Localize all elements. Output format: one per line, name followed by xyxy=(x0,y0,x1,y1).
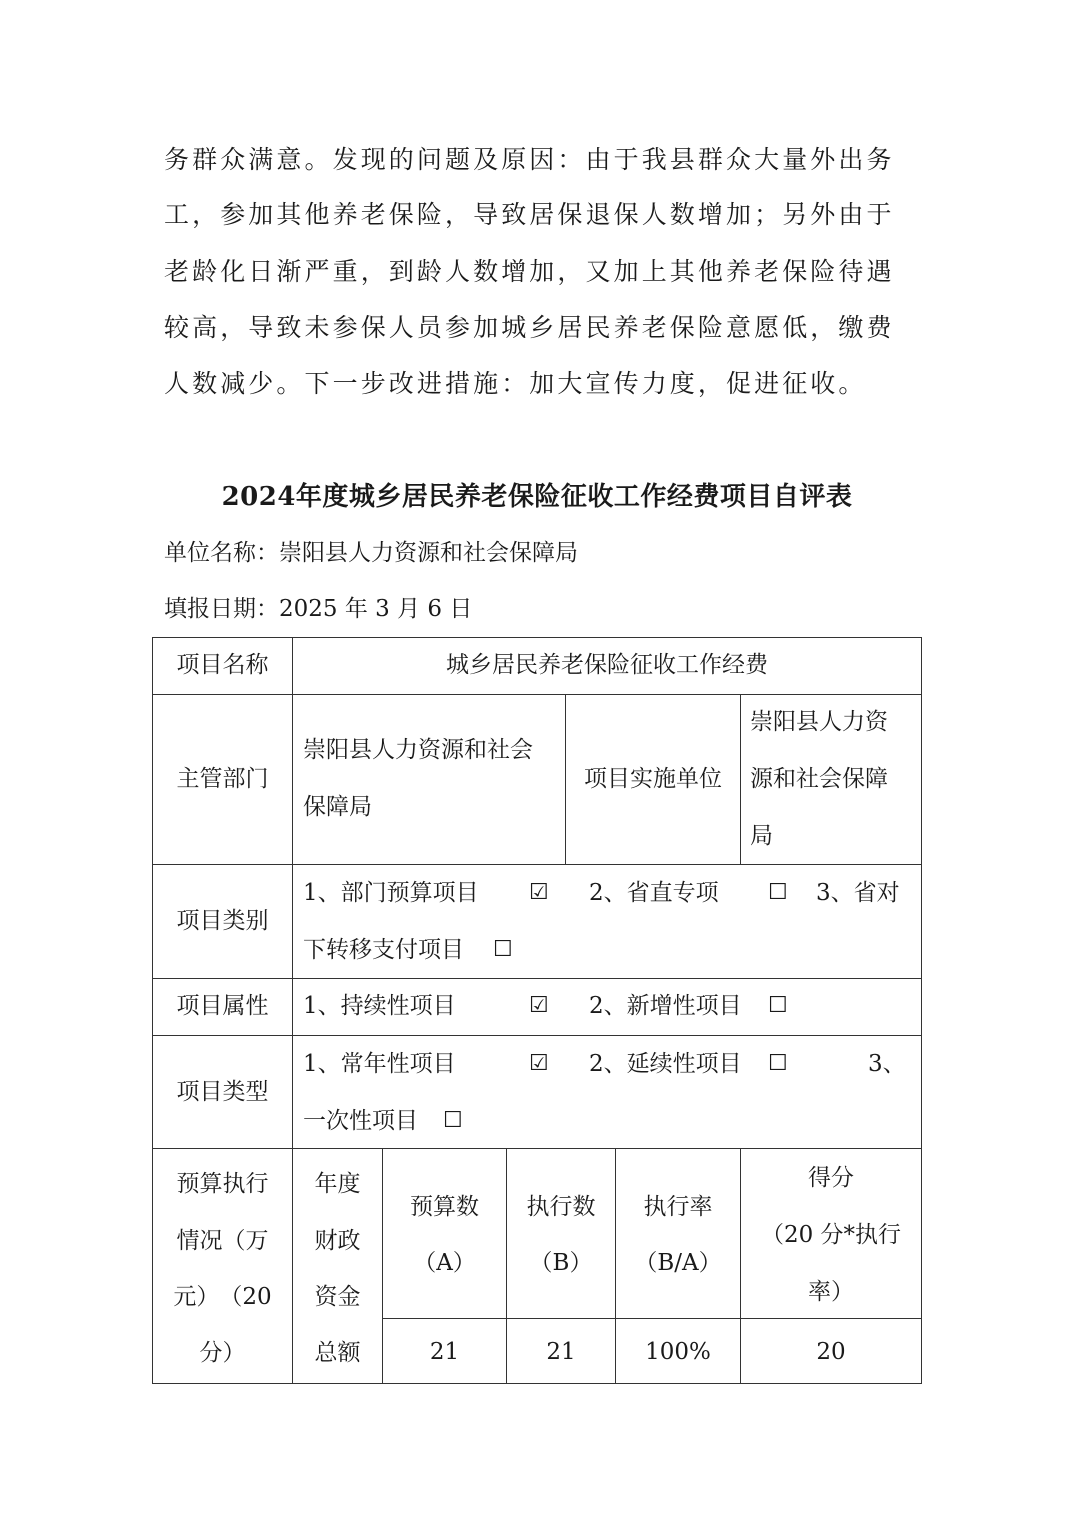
checkbox-unchecked-icon[interactable]: ☐ xyxy=(443,1106,463,1136)
header-budget-amount: 预算数 （A） xyxy=(382,1148,507,1319)
paragraph-line: 工，参加其他养老保险，导致居保退保人数增加；另外由于 xyxy=(164,200,895,230)
checkbox-unchecked-icon[interactable]: ☐ xyxy=(768,991,788,1021)
checkbox-unchecked-icon[interactable]: ☐ xyxy=(493,935,513,965)
checkbox-checked-icon[interactable]: ☑ xyxy=(529,1049,549,1079)
form-title: 2024年度城乡居民养老保险征收工作经费项目自评表 xyxy=(0,480,1074,514)
cell-project-name-value: 城乡居民养老保险征收工作经费 xyxy=(292,637,922,695)
paragraph-line: 老龄化日渐严重，到龄人数增加，又加上其他养老保险待遇 xyxy=(164,257,895,287)
unit-name: 单位名称：崇阳县人力资源和社会保障局 xyxy=(164,538,578,568)
value-execution-rate: 100% xyxy=(615,1318,741,1384)
header-score: 得分 （20 分*执行 率） xyxy=(740,1148,922,1319)
header-executed-amount: 执行数 （B） xyxy=(506,1148,616,1319)
paragraph-line: 人数减少。下一步改进措施：加大宣传力度，促进征收。 xyxy=(164,369,867,399)
header-execution-rate: 执行率 （B/A） xyxy=(615,1148,741,1319)
cell-type-options: 1、常年性项目 ☑ 2、延续性项目 ☐ 3、 一次性项目 ☐ xyxy=(292,1035,922,1149)
cell-attribute-label: 项目属性 xyxy=(152,978,293,1036)
cell-category-options: 1、部门预算项目 ☑ 2、省直专项 ☐ 3、省对 下转移支付项目 ☐ xyxy=(292,864,922,979)
cell-budget-sublabel: 年度 财政 资金 总额 xyxy=(292,1148,383,1384)
report-date: 填报日期：2025 年 3 月 6 日 xyxy=(164,594,472,624)
cell-impl-unit-value: 崇阳县人力资 源和社会保障 局 xyxy=(740,694,922,865)
checkbox-checked-icon[interactable]: ☑ xyxy=(529,991,549,1021)
cell-attribute-options: 1、持续性项目 ☑ 2、新增性项目 ☐ xyxy=(292,978,922,1036)
cell-impl-unit-label: 项目实施单位 xyxy=(565,694,741,865)
self-evaluation-table: 项目名称 城乡居民养老保险征收工作经费 主管部门 崇阳县人力资源和社会 保障局 … xyxy=(152,637,922,1384)
cell-project-name-label: 项目名称 xyxy=(152,637,293,695)
value-executed-amount: 21 xyxy=(506,1318,616,1384)
checkbox-unchecked-icon[interactable]: ☐ xyxy=(768,1049,788,1079)
value-score: 20 xyxy=(740,1318,922,1384)
cell-department-value: 崇阳县人力资源和社会 保障局 xyxy=(292,694,566,865)
cell-category-label: 项目类别 xyxy=(152,864,293,979)
value-budget-amount: 21 xyxy=(382,1318,507,1384)
paragraph-line: 较高，导致未参保人员参加城乡居民养老保险意愿低，缴费 xyxy=(164,313,895,343)
cell-department-label: 主管部门 xyxy=(152,694,293,865)
cell-type-label: 项目类型 xyxy=(152,1035,293,1149)
paragraph-line: 务群众满意。发现的问题及原因：由于我县群众大量外出务 xyxy=(164,145,895,175)
checkbox-checked-icon[interactable]: ☑ xyxy=(529,878,549,908)
cell-budget-label: 预算执行 情况（万 元） （20 分） xyxy=(152,1148,293,1384)
checkbox-unchecked-icon[interactable]: ☐ xyxy=(768,878,788,908)
